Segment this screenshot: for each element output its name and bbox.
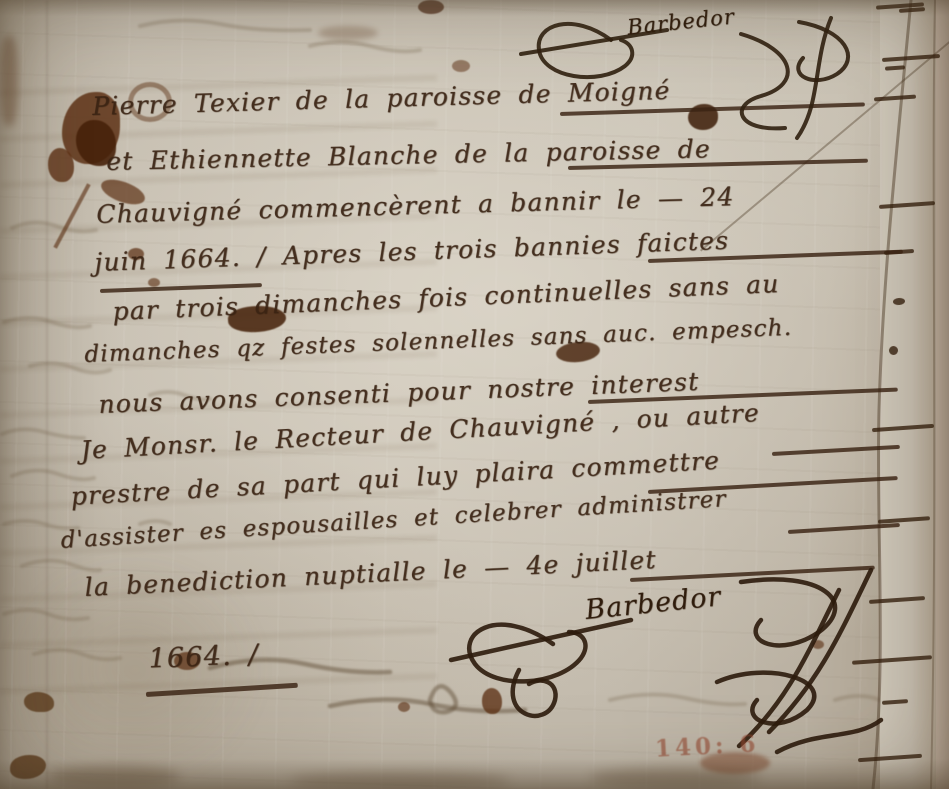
archive-stamp-mark: 140: 6 bbox=[654, 730, 760, 762]
edge-smudge bbox=[0, 36, 18, 126]
ink-spot bbox=[148, 278, 160, 287]
manuscript-line: 1664. / bbox=[148, 639, 260, 675]
ink-spot bbox=[24, 692, 54, 712]
page-edge-shadow-bottom bbox=[0, 759, 949, 789]
edge-smudge bbox=[318, 26, 378, 40]
ink-spot bbox=[398, 702, 410, 712]
ink-stain bbox=[48, 148, 74, 182]
page-edge-shadow-top bbox=[0, 0, 949, 16]
ink-spot bbox=[452, 60, 470, 72]
header-signature: Barbedor bbox=[515, 0, 885, 150]
manuscript-page: Pierre Texier de la paroisse de Moigné e… bbox=[0, 0, 949, 789]
